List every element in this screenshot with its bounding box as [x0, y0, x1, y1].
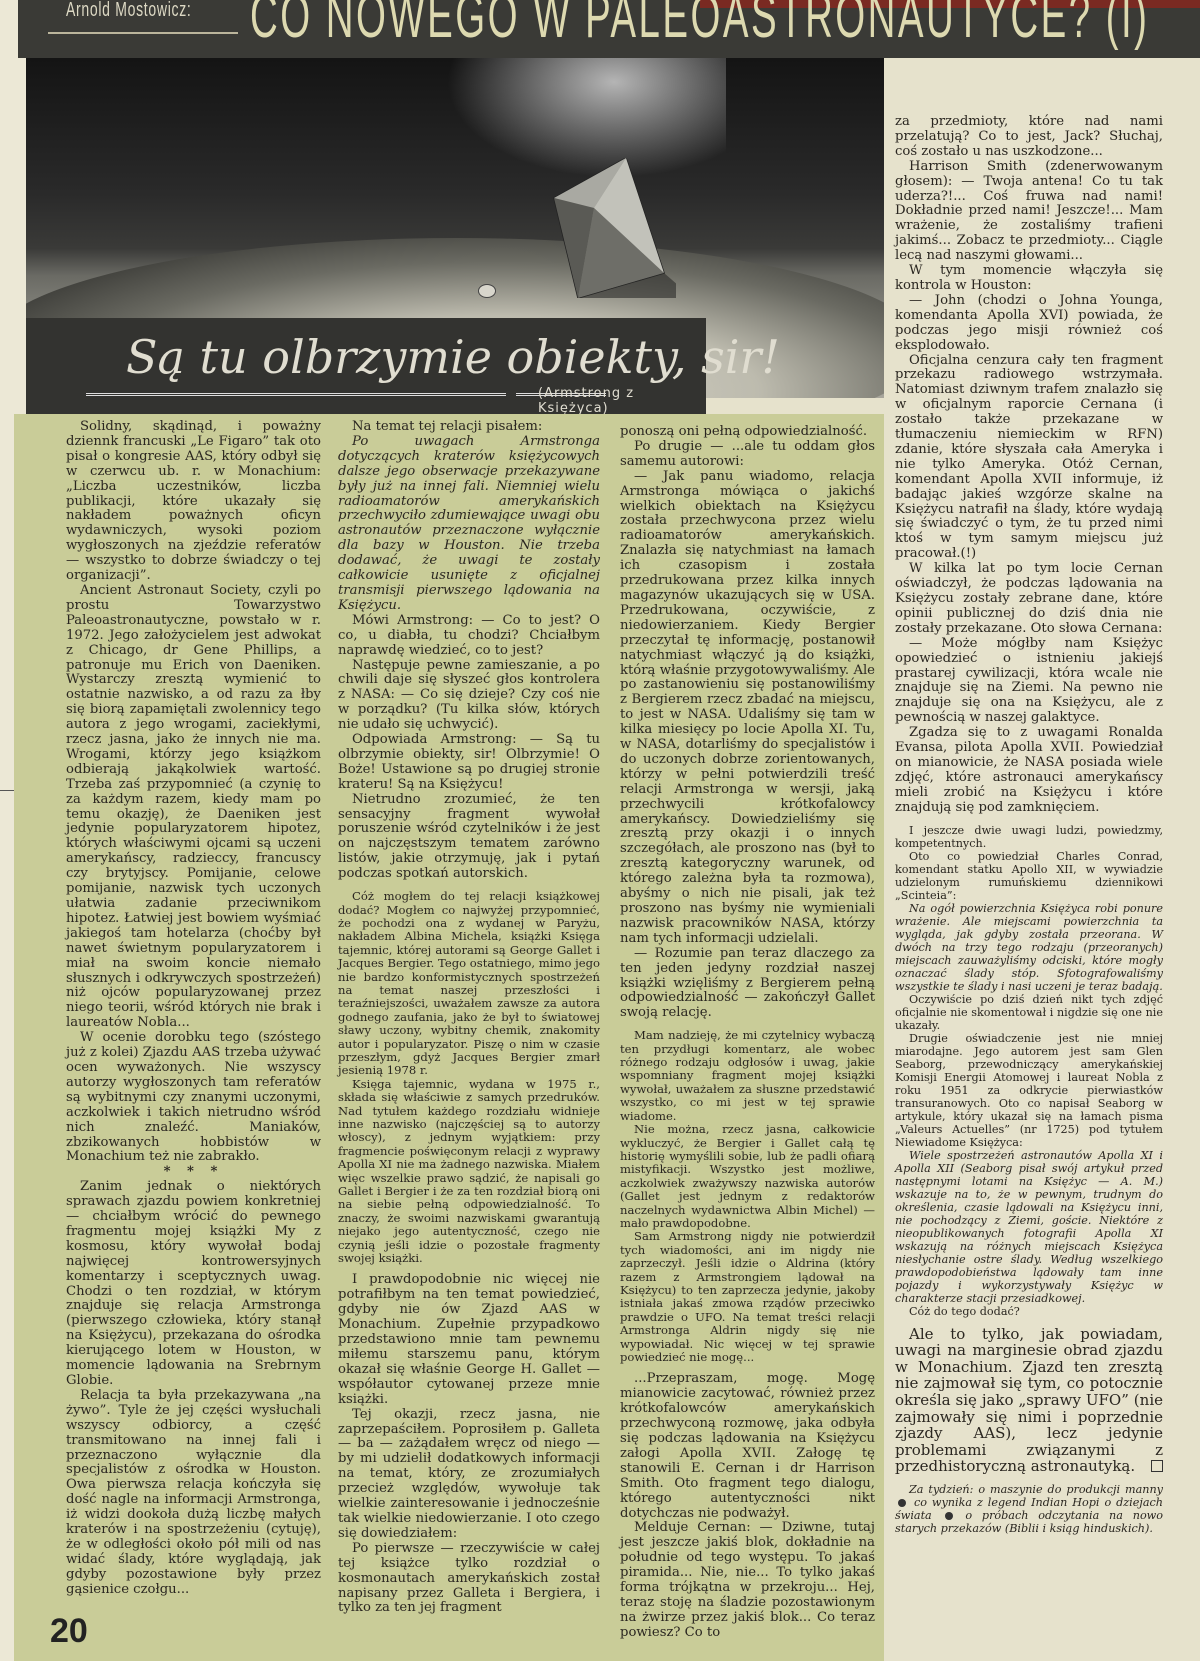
paragraph: za przedmioty, które nad nami przelatują… — [895, 115, 1163, 160]
page-number: 20 — [50, 1612, 88, 1651]
quote-paragraph: Na ogół powierzchnia Księżyca robi ponur… — [895, 902, 1163, 993]
quote-paragraph: Wiele spostrzeżeń astronautów Apolla XI … — [895, 1149, 1163, 1305]
paragraph: Następuje pewne zamieszanie, a po chwili… — [338, 659, 600, 734]
column-3: ponoszą oni pełną odpowiedzialność. Po d… — [620, 425, 875, 1641]
hero-headline: Są tu olbrzymie obiekty, sir! — [126, 330, 780, 384]
paragraph: Nie można, rzecz jasna, całkowicie wyklu… — [620, 1123, 875, 1230]
paragraph: Po pierwsze — rzeczywiście w całej tej k… — [338, 1542, 600, 1617]
paragraph: Po drugie — ...ale tu oddam głos samemu … — [620, 440, 875, 470]
paragraph: Sam Armstrong nigdy nie potwierdził tych… — [620, 1230, 875, 1364]
author-rule — [48, 32, 238, 34]
paragraph: Księga tajemnic, wydana w 1975 r., skład… — [338, 1078, 600, 1266]
paragraph: Cóż do tego dodać? — [895, 1305, 1163, 1318]
small-print-block: Mam nadzieję, że mi czytelnicy wybaczą t… — [620, 1029, 875, 1364]
paragraph: — Rozumie pan teraz dlaczego za ten jede… — [620, 947, 875, 1022]
paragraph: ...Przepraszam, mogę. Mogę mianowicie za… — [620, 1372, 875, 1521]
author-name: Arnold Mostowicz: — [66, 0, 191, 22]
paragraph: Cóż mogłem do tej relacji książkowej dod… — [338, 890, 600, 1078]
masthead: Arnold Mostowicz: CO NOWEGO W PALEOASTRO… — [18, 0, 1200, 58]
paragraph: I jeszcze dwie uwagi ludzi, powiedzmy, k… — [895, 824, 1163, 850]
teaser-text: Za tydzień: o maszynie do produkcji mann… — [895, 1483, 1163, 1535]
paragraph: W tym momencie włączyła się kontrola w H… — [895, 264, 1163, 294]
rock — [478, 284, 496, 298]
paragraph: I prawdopodobnie nic więcej nie potrafił… — [338, 1273, 600, 1407]
paragraph: Solidny, skądinąd, i poważny dziennk fra… — [66, 420, 321, 584]
paragraph: Harrison Smith (zdenerwowanym głosem): —… — [895, 160, 1163, 264]
paragraph: ponoszą oni pełną odpowiedzialność. — [620, 425, 875, 440]
teaser-item: o próbach odczytania na nowo starych prz… — [895, 1509, 1163, 1535]
headline-rule-left — [86, 393, 506, 396]
paragraph: Oto co powiedział Charles Conrad, komend… — [895, 850, 1163, 902]
column-4: za przedmioty, które nad nami przelatują… — [895, 115, 1163, 1535]
paragraph: Melduje Cernan: — Dziwne, tutaj jest jes… — [620, 1521, 875, 1640]
paragraph: Na temat tej relacji pisałem: — [338, 420, 600, 435]
paragraph: Tej okazji, rzecz jasna, nie zaprzepaści… — [338, 1408, 600, 1542]
bullet-icon — [945, 1512, 953, 1520]
column-1: Solidny, skądinąd, i poważny dziennk fra… — [66, 420, 321, 1598]
paragraph: — John (chodzi o Johna Younga, komendant… — [895, 294, 1163, 354]
column-2: Na temat tej relacji pisałem: Po uwagach… — [338, 420, 600, 1616]
paragraph: — Jak panu wiadomo, relacja Armstronga m… — [620, 470, 875, 947]
next-week-teaser: Za tydzień: o maszynie do produkcji mann… — [895, 1483, 1163, 1535]
crystal-object-icon — [546, 158, 676, 298]
paragraph: Oczywiście po dziś dzień nikt tych zdjęć… — [895, 993, 1163, 1032]
section-separator: * * * — [66, 1165, 321, 1180]
paragraph: Oficjalna cenzura cały ten fragment prze… — [895, 354, 1163, 563]
article-title: CO NOWEGO W PALEOASTRONAUTYCE? (I) — [250, 0, 1149, 52]
paragraph: Zgadza się to z uwagami Ronalda Evansa, … — [895, 726, 1163, 815]
paragraph: Drugie oświadczenie jest nie mniej miaro… — [895, 1032, 1163, 1149]
paragraph: W ocenie dorobku tego (szóstego już z ko… — [66, 1031, 321, 1165]
paragraph: Ancient Astronaut Society, czyli po pros… — [66, 584, 321, 1031]
paragraph: Zanim jednak o niektórych sprawach zjazd… — [66, 1180, 321, 1389]
paragraph: Odpowiada Armstrong: — Są tu olbrzymie o… — [338, 733, 600, 793]
closing-block: Ale to tylko, jak powiadam, uwagi na mar… — [895, 1326, 1163, 1475]
headline-attribution: (Armstrong z Księżyca) — [538, 386, 706, 416]
paragraph: Relacja ta była przekazywana „na żywo”. … — [66, 1389, 321, 1598]
paragraph: — Może mógłby nam Księżyc opowiedzieć o … — [895, 637, 1163, 726]
small-print-block: Cóż mogłem do tej relacji książkowej dod… — [338, 890, 600, 1265]
paragraph: Nietrudno zrozumieć, że ten sensacyjny f… — [338, 793, 600, 882]
paragraph: Mówi Armstrong: — Co to jest? O co, u di… — [338, 614, 600, 659]
headline-band: Są tu olbrzymie obiekty, sir! (Armstrong… — [26, 318, 706, 414]
end-of-article-icon — [1151, 1460, 1163, 1472]
closing-paragraph: Ale to tylko, jak powiadam, uwagi na mar… — [895, 1326, 1163, 1475]
paragraph: W kilka lat po tym locie Cernan oświadcz… — [895, 562, 1163, 637]
small-print-block: I jeszcze dwie uwagi ludzi, powiedzmy, k… — [895, 824, 1163, 1318]
closing-text: Ale to tylko, jak powiadam, uwagi na mar… — [895, 1325, 1163, 1476]
paragraph: Mam nadzieję, że mi czytelnicy wybaczą t… — [620, 1029, 875, 1123]
bullet-icon — [898, 1499, 906, 1507]
teaser-item: Za tydzień: o maszynie do produkcji mann… — [909, 1483, 1163, 1496]
quote-paragraph: Po uwagach Armstronga dotyczących krater… — [338, 435, 600, 614]
